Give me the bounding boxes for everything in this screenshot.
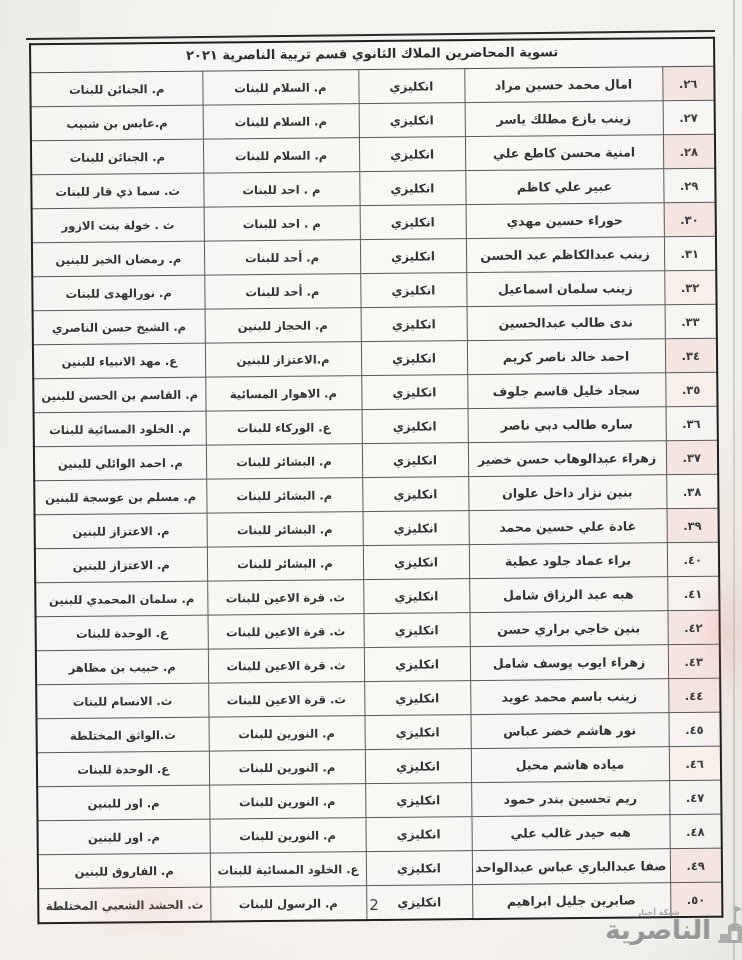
row-subject: انكليزي	[359, 171, 465, 206]
row-serial-number: ٤٠.	[667, 542, 719, 576]
row-school-1: م. أحد للبنات	[204, 274, 360, 309]
row-lecturer-name: صفا عبدالباري عباس عبدالواحد	[472, 849, 670, 885]
row-school-2: ع. الوحدة للبنات	[37, 751, 209, 787]
scanned-document-photo: { "title": "تسوية المحاضرين الملاك الثان…	[0, 0, 742, 960]
row-school-1: م. الرسول للبنات	[210, 886, 366, 922]
row-subject: انكليزي	[365, 783, 471, 818]
paper-fold-edge	[733, 0, 735, 960]
row-subject: انكليزي	[364, 681, 470, 716]
row-school-2: ث . خولة بنت الازور	[32, 207, 204, 243]
row-school-1: م. البشائر للبنات	[207, 546, 363, 581]
lecturers-table: تسوية المحاضرين الملاك الثانوي قسم تربية…	[29, 37, 723, 925]
row-school-2: م. الجنائن للبنات	[30, 71, 202, 107]
row-lecturer-name: امال محمد حسين مراد	[464, 67, 662, 103]
row-school-1: م. الحجاز للبنين	[205, 308, 361, 343]
row-serial-number: ٣٢.	[664, 270, 716, 304]
row-school-1: ث. قرة الاعين للبنات	[208, 614, 364, 649]
row-serial-number: ٤٤.	[668, 678, 720, 712]
row-school-2: م. القاسم بن الحسن للبنين	[33, 377, 205, 413]
row-serial-number: ٤٨.	[669, 814, 721, 848]
row-lecturer-name: نور هاشم خضر عباس	[470, 713, 668, 749]
row-serial-number: ٣٨.	[666, 474, 718, 508]
row-school-1: م . احد للبنات	[203, 172, 359, 207]
row-subject: انكليزي	[362, 443, 468, 478]
row-subject: انكليزي	[364, 613, 470, 648]
row-serial-number: ٣٩.	[667, 508, 719, 542]
row-serial-number: ٢٦.	[662, 66, 714, 100]
row-subject: انكليزي	[366, 851, 472, 886]
row-school-2: م.عابس بن شبيب	[31, 105, 203, 141]
row-serial-number: ٤٥.	[668, 712, 720, 746]
row-serial-number: ٣٦.	[666, 406, 718, 440]
nasiriyah-landmark-icon	[716, 904, 742, 948]
row-serial-number: ٣٠.	[664, 202, 716, 236]
row-school-1: م. أحد للبنات	[204, 240, 360, 275]
row-subject: انكليزي	[365, 749, 471, 784]
row-lecturer-name: غادة علي حسين محمد	[469, 509, 667, 545]
row-school-1: م. البشائر للبنات	[207, 512, 363, 547]
row-school-2: م. نورالهدى للبنات	[32, 275, 204, 311]
row-school-1: م. الاهوار المسائية	[205, 376, 361, 411]
row-lecturer-name: مياده هاشم محيل	[471, 747, 669, 783]
row-lecturer-name: حوراء حسين مهدي	[466, 203, 664, 239]
row-school-2: م. حبيب بن مظاهر	[36, 649, 208, 685]
row-school-2: م. احمد الوائلي للبنين	[34, 445, 206, 481]
row-lecturer-name: زينب بازع مطلك ياسر	[465, 101, 663, 137]
row-subject: انكليزي	[362, 477, 468, 512]
row-school-2: م. الخلود المسائية للبنات	[34, 411, 206, 447]
row-school-1: م. النورين للبنات	[209, 818, 365, 853]
row-serial-number: ٤١.	[667, 576, 719, 610]
row-serial-number: ٣٣.	[665, 304, 717, 338]
row-lecturer-name: هبه عبد الرزاق شامل	[469, 577, 667, 613]
row-school-2: ث. الحشد الشعبي المختلطة	[38, 887, 210, 923]
row-school-2: م. الشيخ حسن الناصري	[33, 309, 205, 345]
row-school-2: م. الفاروق للبنين	[38, 853, 210, 889]
row-serial-number: ٣٤.	[665, 338, 717, 372]
row-school-1: م. النورين للبنات	[208, 716, 364, 751]
watermark-main-text: الناصرية	[605, 918, 711, 944]
row-lecturer-name: زهراء ايوب يوسف شامل	[470, 645, 668, 681]
row-serial-number: ٤٧.	[669, 780, 721, 814]
row-school-1: م. النورين للبنات	[209, 750, 365, 785]
row-school-1: م. البشائر للبنات	[206, 444, 362, 479]
row-serial-number: ٤٢.	[667, 610, 719, 644]
row-school-2: م. اور للبنين	[37, 785, 209, 821]
row-subject: انكليزي	[363, 545, 469, 580]
row-lecturer-name: بنين خاجي براري حسن	[470, 611, 668, 647]
row-school-2: ث. الانسام للبنات	[36, 683, 208, 719]
row-lecturer-name: زينب باسم محمد عويد	[470, 679, 668, 715]
row-school-1: م. النورين للبنات	[209, 784, 365, 819]
row-lecturer-name: براء عماد جلود عطية	[469, 543, 667, 579]
row-lecturer-name: زينب عبدالكاظم عبد الحسن	[466, 237, 664, 273]
row-lecturer-name: سجاد خليل قاسم جلوف	[467, 373, 665, 409]
row-subject: انكليزي	[360, 239, 466, 274]
row-school-1: م. البشائر للبنات	[206, 478, 362, 513]
row-lecturer-name: ندى طالب عبدالحسين	[467, 305, 665, 341]
lecturers-table-body: ٢٦. امال محمد حسين مراد انكليزي م. السلا…	[30, 66, 722, 923]
row-subject: انكليزي	[360, 273, 466, 308]
row-lecturer-name: عبير علي كاظم	[465, 169, 663, 205]
row-school-2: م. مسلم بن عوسجة للبنين	[34, 479, 206, 515]
row-subject: انكليزي	[363, 511, 469, 546]
row-school-2: م. الجنائن للبنات	[31, 139, 203, 175]
row-subject: انكليزي	[361, 341, 467, 376]
row-subject: انكليزي	[361, 375, 467, 410]
row-serial-number: ٢٨.	[663, 134, 715, 168]
row-subject: انكليزي	[364, 647, 470, 682]
row-serial-number: ٣٧.	[666, 440, 718, 474]
row-serial-number: ٢٩.	[663, 168, 715, 202]
row-subject: انكليزي	[363, 579, 469, 614]
row-subject: انكليزي	[360, 205, 466, 240]
row-school-2: ع. الوحدة للبنات	[36, 615, 208, 651]
row-school-1: ث. قرة الاعين للبنات	[207, 580, 363, 615]
row-school-2: م. الاعتزاز للبنين	[35, 547, 207, 583]
page-number: 2	[362, 896, 386, 914]
watermark-text: شبكة أخبار الناصرية	[605, 909, 711, 944]
row-subject: انكليزي	[365, 817, 471, 852]
row-serial-number: ٣١.	[664, 236, 716, 270]
row-serial-number: ٤٦.	[669, 746, 721, 780]
row-subject: انكليزي	[358, 69, 464, 104]
row-subject: انكليزي	[361, 307, 467, 342]
row-subject: انكليزي	[359, 137, 465, 172]
row-serial-number: ٤٩.	[670, 848, 722, 882]
row-school-2: م. رمضان الخير للبنين	[32, 241, 204, 277]
row-school-1: م. السلام للبنات	[203, 104, 359, 139]
row-school-1: م. السلام للبنات	[203, 138, 359, 173]
row-lecturer-name: بنين نزار داخل علوان	[468, 475, 666, 511]
row-school-2: م. اور للبنين	[37, 819, 209, 855]
row-school-1: ع. الوركاء للبنات	[206, 410, 362, 445]
row-school-1: م.الاعتزاز للبنين	[205, 342, 361, 377]
row-school-2: م. سلمان المحمدي للبنين	[35, 581, 207, 617]
row-school-1: ث. قرة الاعين للبنات	[208, 648, 364, 683]
row-lecturer-name: زينب سلمان اسماعيل	[466, 271, 664, 307]
row-school-1: ع. الخلود المسائية للبنات	[210, 852, 366, 887]
row-school-1: م . احد للبنات	[204, 206, 360, 241]
row-lecturer-name: ريم تحسين بندر حمود	[471, 781, 669, 817]
news-network-watermark: شبكة أخبار الناصرية	[605, 904, 742, 948]
row-subject: انكليزي	[359, 103, 465, 138]
row-lecturer-name: امنية محسن كاطع علي	[465, 135, 663, 171]
row-school-2: م. الاعتزاز للبنين	[35, 513, 207, 549]
row-serial-number: ٣٥.	[665, 372, 717, 406]
row-lecturer-name: احمد خالد ناصر كريم	[467, 339, 665, 375]
lecturers-table-document: تسوية المحاضرين الملاك الثانوي قسم تربية…	[29, 37, 721, 925]
row-lecturer-name: هبه حيدر غالب علي	[471, 815, 669, 851]
row-serial-number: ٢٧.	[663, 100, 715, 134]
row-school-2: ع. مهد الانبياء للبنين	[33, 343, 205, 379]
row-school-1: م. السلام للبنات	[202, 70, 358, 105]
row-school-1: ث. قرة الاعين للبنات	[208, 682, 364, 717]
row-lecturer-name: زهراء عبدالوهاب حسن خضير	[468, 441, 666, 477]
row-subject: انكليزي	[364, 715, 470, 750]
row-school-2: ث. سما ذي قار للبنات	[31, 173, 203, 209]
row-serial-number: ٤٣.	[668, 644, 720, 678]
row-lecturer-name: ساره طالب دبي ناصر	[468, 407, 666, 443]
row-subject: انكليزي	[362, 409, 468, 444]
row-school-2: ث.الواثق المختلطة	[36, 717, 208, 753]
